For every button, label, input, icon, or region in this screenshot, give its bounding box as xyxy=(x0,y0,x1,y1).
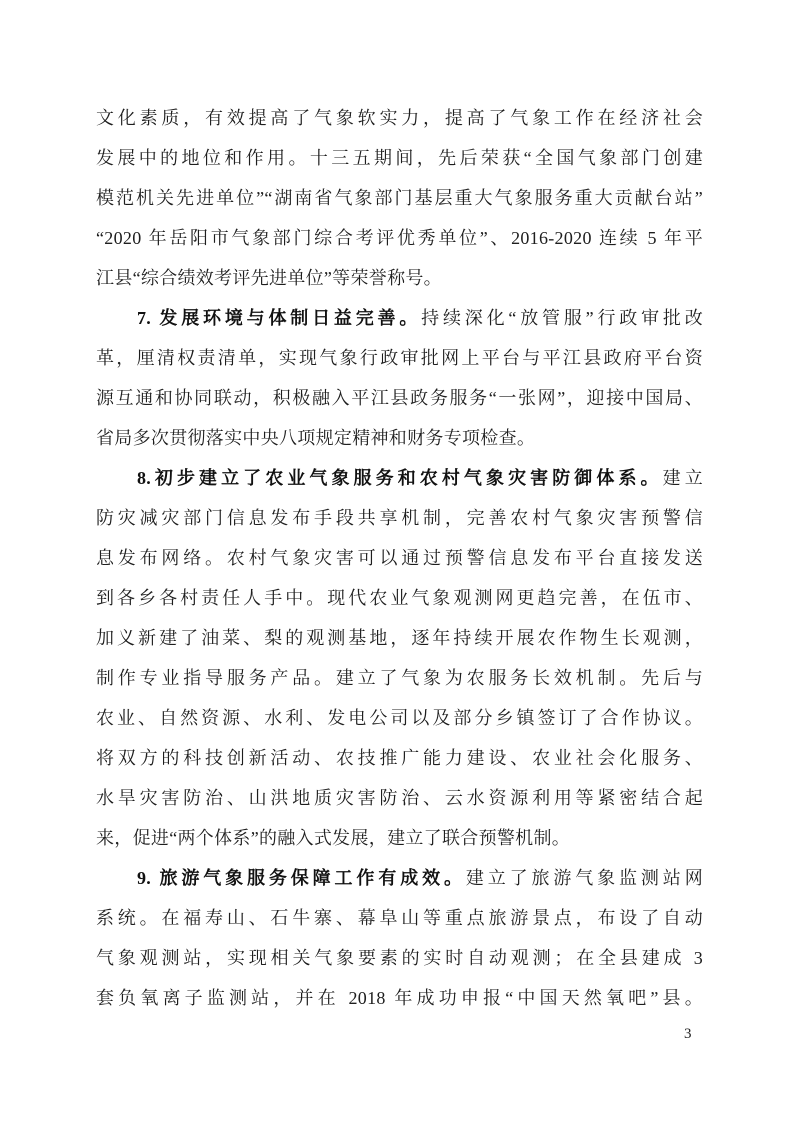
document-body: 文化素质，有效提高了气象软实力，提高了气象工作在经济社会 发展中的地位和作用。十… xyxy=(96,98,703,1018)
text-line: 防灾减灾部门信息发布手段共享机制，完善农村气象灾害预警信 xyxy=(96,498,703,538)
text-line: 将双方的科技创新活动、农技推广能力建设、农业社会化服务、 xyxy=(96,738,703,778)
page-number: 3 xyxy=(684,1024,692,1044)
text-line: 7. 发展环境与体制日益完善。持续深化“放管服”行政审批改 xyxy=(96,298,703,338)
text-line: 息发布网络。农村气象灾害可以通过预警信息发布平台直接发送 xyxy=(96,538,703,578)
section-8-heading: 8.初步建立了农业气象服务和农村气象灾害防御体系。 xyxy=(137,468,663,488)
text-line: 制作专业指导服务产品。建立了气象为农服务长效机制。先后与 xyxy=(96,658,703,698)
document-page: 文化素质，有效提高了气象软实力，提高了气象工作在经济社会 发展中的地位和作用。十… xyxy=(0,0,793,1122)
text-line: 到各乡各村责任人手中。现代农业气象观测网更趋完善，在伍市、 xyxy=(96,578,703,618)
text-line: 江县“综合绩效考评先进单位”等荣誉称号。 xyxy=(96,258,703,298)
paragraph-section-8: 8.初步建立了农业气象服务和农村气象灾害防御体系。建立 防灾减灾部门信息发布手段… xyxy=(96,458,703,858)
text-line: 源互通和协同联动，积极融入平江县政务服务“一张网”，迎接中国局、 xyxy=(96,378,703,418)
text-line: 加义新建了油菜、梨的观测基地，逐年持续开展农作物生长观测， xyxy=(96,618,703,658)
text-line: 水旱灾害防治、山洪地质灾害防治、云水资源利用等紧密结合起 xyxy=(96,778,703,818)
text-line: 气象观测站，实现相关气象要素的实时自动观测；在全县建成 3 xyxy=(96,938,703,978)
text-line: 省局多次贯彻落实中央八项规定精神和财务专项检查。 xyxy=(96,418,703,458)
text-line: 模范机关先进单位”“湖南省气象部门基层重大气象服务重大贡献台站” xyxy=(96,178,703,218)
paragraph-section-7: 7. 发展环境与体制日益完善。持续深化“放管服”行政审批改 革，厘清权责清单，实… xyxy=(96,298,703,458)
text-line: 文化素质，有效提高了气象软实力，提高了气象工作在经济社会 xyxy=(96,98,703,138)
section-7-heading: 7. 发展环境与体制日益完善。 xyxy=(137,308,421,328)
text-line: 来，促进“两个体系”的融入式发展，建立了联合预警机制。 xyxy=(96,818,703,858)
text-line: 农业、自然资源、水利、发电公司以及部分乡镇签订了合作协议。 xyxy=(96,698,703,738)
section-9-heading: 9. 旅游气象服务保障工作有成效。 xyxy=(137,868,466,888)
text-line: 9. 旅游气象服务保障工作有成效。建立了旅游气象监测站网 xyxy=(96,858,703,898)
text-line: 革，厘清权责清单，实现气象行政审批网上平台与平江县政府平台资 xyxy=(96,338,703,378)
text-line: “2020 年岳阳市气象部门综合考评优秀单位”、2016-2020 连续 5 年… xyxy=(96,218,703,258)
paragraph-section-9: 9. 旅游气象服务保障工作有成效。建立了旅游气象监测站网 系统。在福寿山、石牛寨… xyxy=(96,858,703,1018)
text-line: 套负氧离子监测站，并在 2018 年成功申报“中国天然氧吧”县。 xyxy=(96,978,703,1018)
text-line: 发展中的地位和作用。十三五期间，先后荣获“全国气象部门创建 xyxy=(96,138,703,178)
paragraph-continuation: 文化素质，有效提高了气象软实力，提高了气象工作在经济社会 发展中的地位和作用。十… xyxy=(96,98,703,298)
text-line: 系统。在福寿山、石牛寨、幕阜山等重点旅游景点，布设了自动 xyxy=(96,898,703,938)
text-line: 8.初步建立了农业气象服务和农村气象灾害防御体系。建立 xyxy=(96,458,703,498)
